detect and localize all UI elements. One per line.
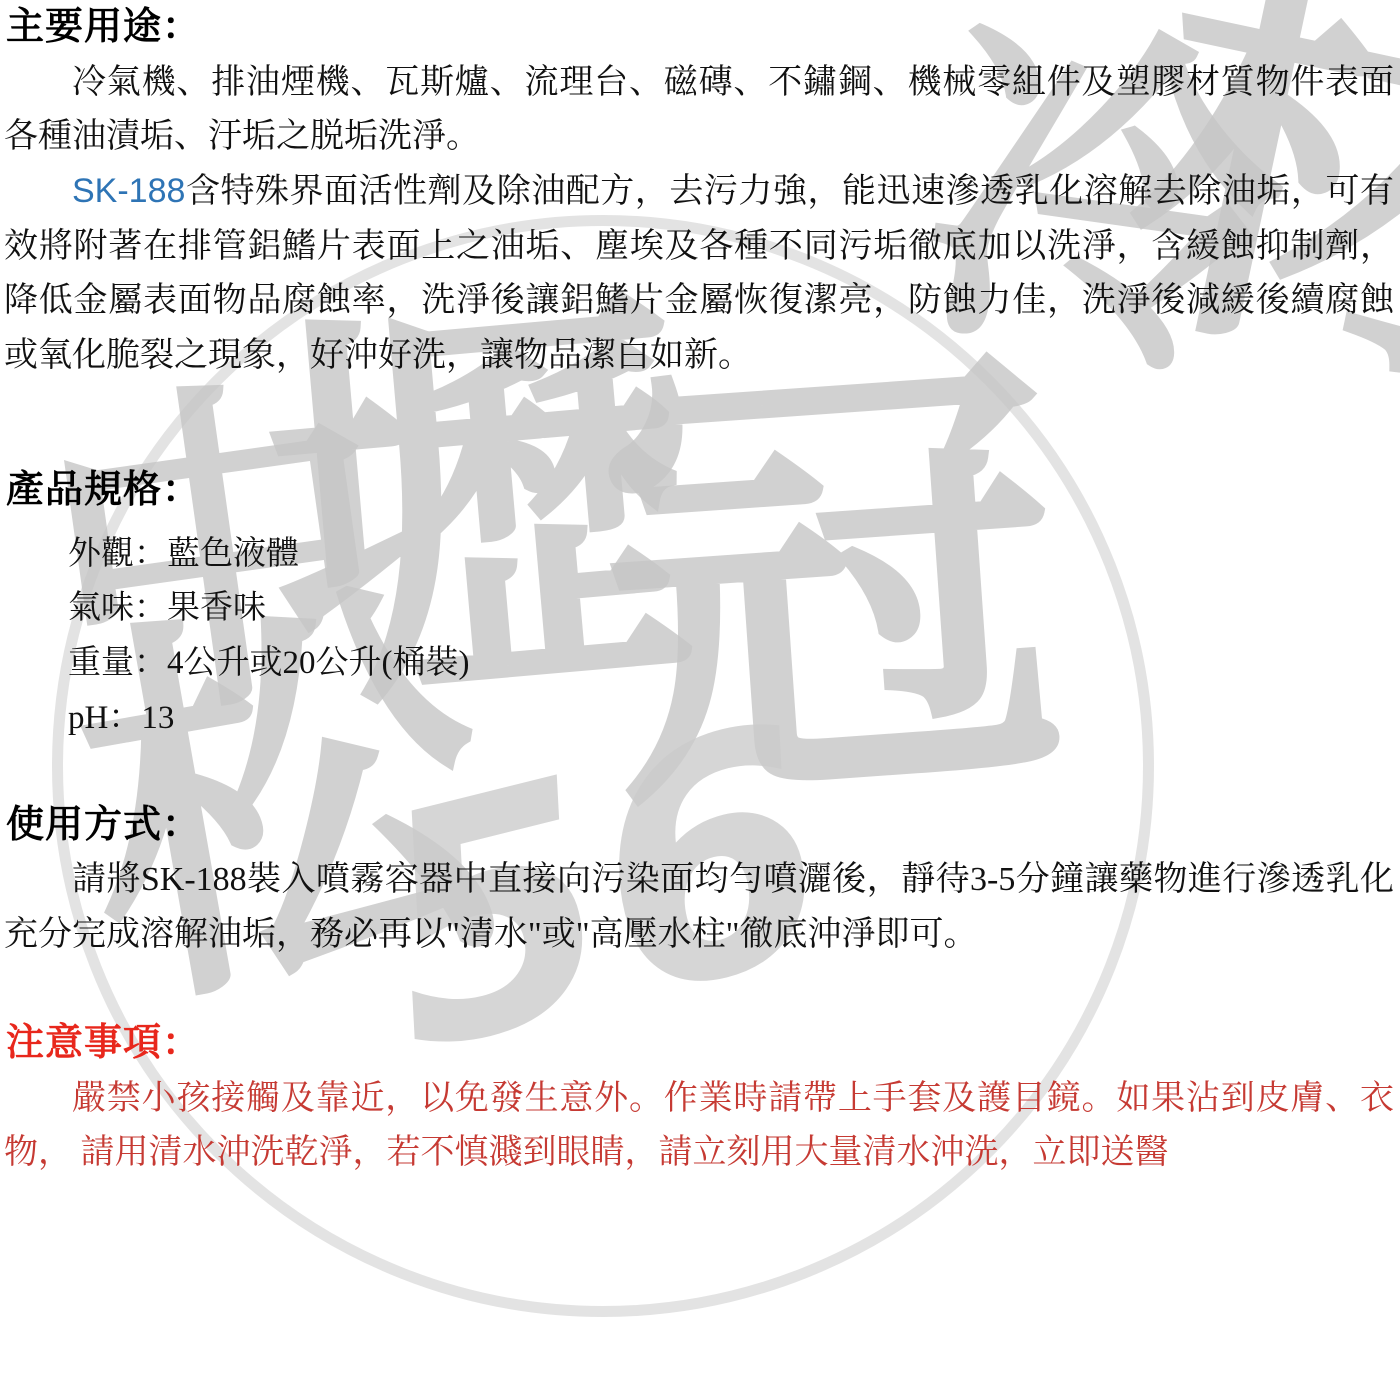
section-heading-directions: 使用方式： (6, 804, 1394, 848)
main-use-paragraph-1: 冷氣機、排油煙機、瓦斯爐、流理台、磁磚、不鏽鋼、機械零組件及塑膠材質物件表面各種… (4, 56, 1394, 165)
spec-list: 外觀：藍色液體 氣味：果香味 重量：4公升或20公升(桶裝) pH：13 (4, 527, 1394, 746)
spec-appearance: 外觀：藍色液體 (68, 527, 1394, 582)
spec-ph: pH：13 (68, 691, 1394, 746)
main-use-paragraph-2-text: 含特殊界面活性劑及除油配方，去污力強，能迅速滲透乳化溶解去除油垢，可有效將附著在… (4, 173, 1394, 373)
product-description-page: 主要用途： 冷氣機、排油煙機、瓦斯爐、流理台、磁磚、不鏽鋼、機械零組件及塑膠材質… (0, 0, 1400, 1181)
spec-weight: 重量：4公升或20公升(桶裝) (68, 636, 1394, 691)
main-use-paragraph-2: SK-188含特殊界面活性劑及除油配方，去污力強，能迅速滲透乳化溶解去除油垢，可… (4, 164, 1394, 383)
directions-paragraph: 請將SK-188裝入噴霧容器中直接向污染面均勻噴灑後，靜待3-5分鐘讓藥物進行滲… (4, 853, 1394, 962)
section-heading-specs: 產品規格： (6, 469, 1394, 513)
warnings-paragraph: 嚴禁小孩接觸及靠近，以免發生意外。作業時請帶上手套及護目鏡。如果沾到皮膚、衣物，… (4, 1072, 1394, 1181)
spec-smell: 氣味：果香味 (68, 581, 1394, 636)
section-heading-warnings: 注意事項： (6, 1022, 1394, 1066)
brand-name-sk188: SK-188 (72, 172, 185, 210)
section-heading-main-use: 主要用途： (6, 6, 1394, 50)
